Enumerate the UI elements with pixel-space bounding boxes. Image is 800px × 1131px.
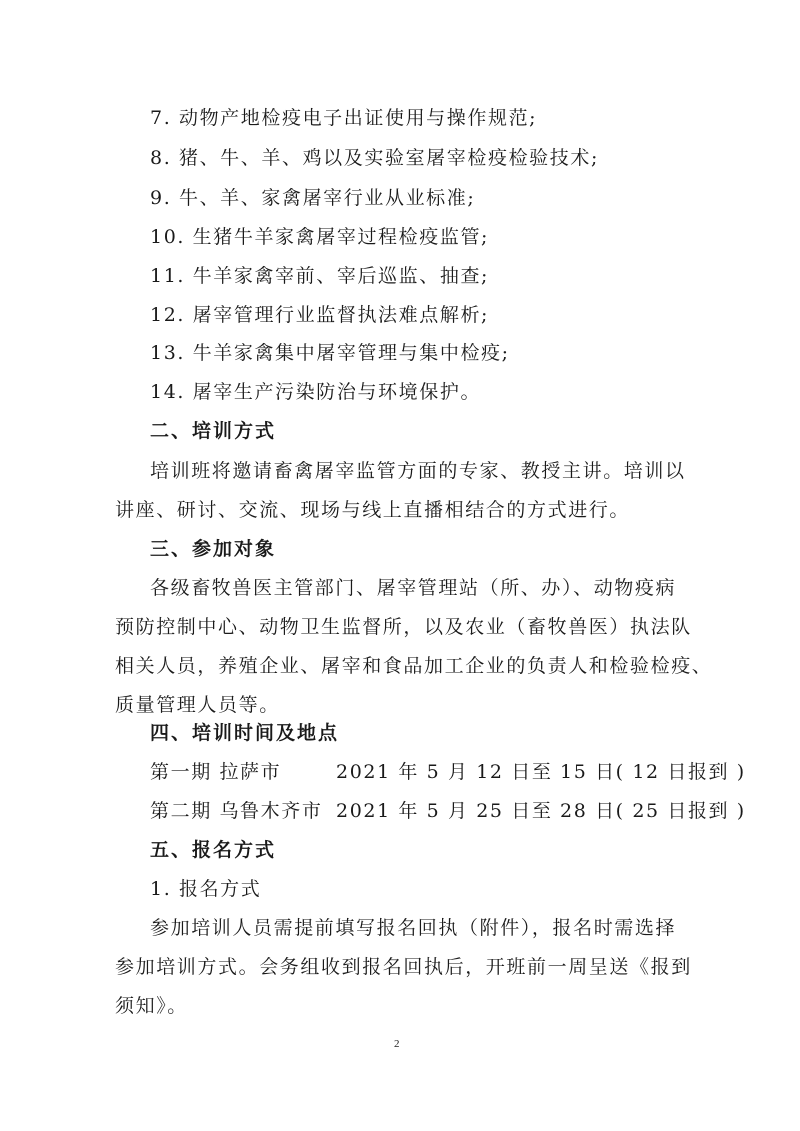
section-heading-training-method: 二、培训方式 [150, 419, 276, 443]
list-item: 11. 牛羊家禽宰前、宰后巡监、抽查; [150, 264, 489, 288]
list-item: 13. 牛羊家禽集中屠宰管理与集中检疫; [150, 341, 510, 365]
list-item: 12. 屠宰管理行业监督执法难点解析; [150, 303, 489, 327]
paragraph-line: 质量管理人员等。 [115, 693, 280, 717]
section-heading-time-location: 四、培训时间及地点 [150, 721, 339, 745]
schedule-date: 2021 年 5 月 12 日至 15 日( 12 日报到 ) [336, 760, 746, 784]
paragraph-line: 讲座、研讨、交流、现场与线上直播相结合的方式进行。 [115, 498, 630, 522]
page-number: 2 [394, 1038, 400, 1050]
schedule-row: 第一期 拉萨市2021 年 5 月 12 日至 15 日( 12 日报到 ) [150, 760, 746, 784]
paragraph-line: 须知》。 [115, 994, 188, 1018]
paragraph-line: 各级畜牧兽医主管部门、屠宰管理站（所、办）、动物疫病 [150, 576, 676, 600]
section-heading-registration: 五、报名方式 [150, 838, 276, 862]
paragraph-line: 参加培训人员需提前填写报名回执（附件），报名时需选择 [150, 916, 676, 940]
list-item: 10. 生猪牛羊家禽屠宰过程检疫监管; [150, 225, 489, 249]
schedule-phase: 第一期 拉萨市 [150, 760, 336, 784]
schedule-date: 2021 年 5 月 25 日至 28 日( 25 日报到 ) [336, 799, 746, 823]
list-item: 9. 牛、羊、家禽屠宰行业从业标准; [150, 186, 475, 210]
list-item: 8. 猪、牛、羊、鸡以及实验室屠宰检疫检验技术; [150, 146, 599, 170]
schedule-row: 第二期 乌鲁木齐市2021 年 5 月 25 日至 28 日( 25 日报到 ) [150, 799, 746, 823]
list-item: 7. 动物产地检疫电子出证使用与操作规范; [150, 106, 537, 130]
schedule-phase: 第二期 乌鲁木齐市 [150, 799, 336, 823]
list-item: 14. 屠宰生产污染防治与环境保护。 [150, 380, 481, 404]
subheading: 1. 报名方式 [150, 877, 261, 901]
paragraph-line: 预防控制中心、动物卫生监督所，以及农业（畜牧兽医）执法队 [115, 615, 692, 639]
paragraph-line: 相关人员，养殖企业、屠宰和食品加工企业的负责人和检验检疫、 [115, 654, 712, 678]
section-heading-participants: 三、参加对象 [150, 537, 276, 561]
paragraph-line: 参加培训方式。会务组收到报名回执后，开班前一周呈送《报到 [115, 955, 692, 979]
paragraph-line: 培训班将邀请畜禽屠宰监管方面的专家、教授主讲。培训以 [150, 459, 686, 483]
document-page: 7. 动物产地检疫电子出证使用与操作规范; 8. 猪、牛、羊、鸡以及实验室屠宰检… [0, 0, 800, 1131]
